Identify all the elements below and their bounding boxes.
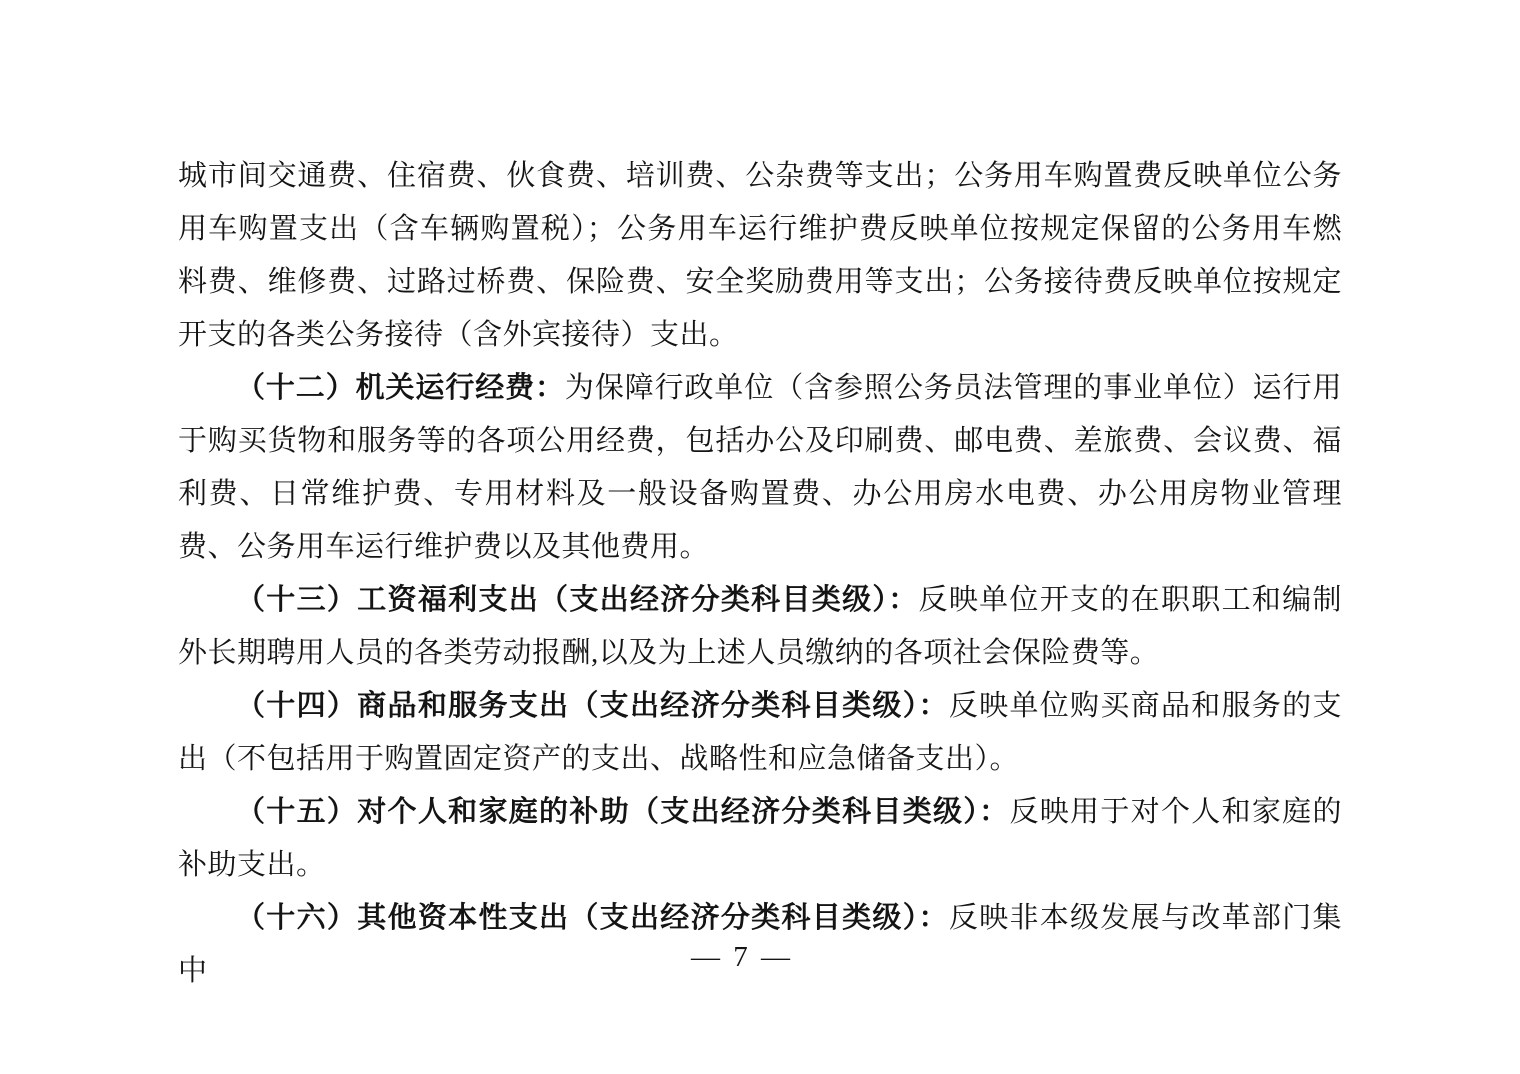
paragraph-heading: （十五）对个人和家庭的补助（支出经济分类科目类级）：: [236, 796, 1009, 828]
paragraph-heading: （十六）其他资本性支出（支出经济分类科目类级）：: [236, 902, 949, 934]
paragraph: （十三）工资福利支出（支出经济分类科目类级）：反映单位开支的在职职工和编制外长期…: [178, 574, 1342, 680]
paragraph-heading: （十四）商品和服务支出（支出经济分类科目类级）：: [236, 690, 949, 722]
page-number: — 7 —: [0, 941, 1484, 974]
document-body: 城市间交通费、住宿费、伙食费、培训费、公杂费等支出；公务用车购置费反映单位公务用…: [178, 150, 1342, 998]
paragraph-heading: （十二）机关运行经费：: [236, 372, 565, 404]
paragraph: （十五）对个人和家庭的补助（支出经济分类科目类级）：反映用于对个人和家庭的补助支…: [178, 786, 1342, 892]
paragraph: 城市间交通费、住宿费、伙食费、培训费、公杂费等支出；公务用车购置费反映单位公务用…: [178, 150, 1342, 362]
document-page: 城市间交通费、住宿费、伙食费、培训费、公杂费等支出；公务用车购置费反映单位公务用…: [0, 0, 1520, 1074]
paragraph-heading: （十三）工资福利支出（支出经济分类科目类级）：: [236, 584, 919, 616]
paragraph-text: 城市间交通费、住宿费、伙食费、培训费、公杂费等支出；公务用车购置费反映单位公务用…: [178, 160, 1342, 351]
paragraph: （十四）商品和服务支出（支出经济分类科目类级）：反映单位购买商品和服务的支出（不…: [178, 680, 1342, 786]
paragraph: （十二）机关运行经费：为保障行政单位（含参照公务员法管理的事业单位）运行用于购买…: [178, 362, 1342, 574]
